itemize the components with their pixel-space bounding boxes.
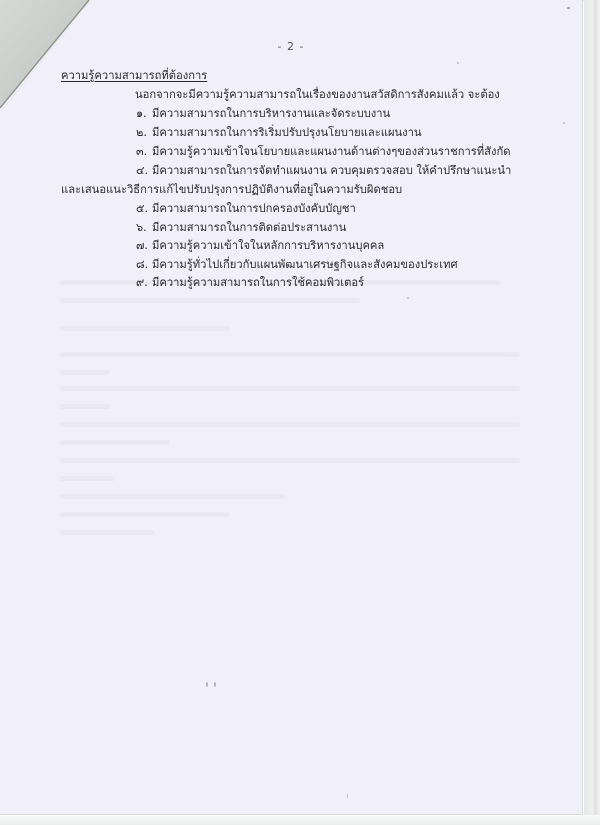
scan-speck (206, 682, 208, 687)
list-item: ๖.มีความสามารถในการติดต่อประสานงาน (136, 218, 458, 237)
folded-page-corner (0, 0, 100, 120)
bleed-line (60, 386, 520, 391)
scan-speck (567, 7, 570, 9)
bleed-line (60, 512, 230, 517)
item-text: มีความสามารถในการบริหารงานและจัดระบบงาน (152, 107, 390, 120)
scanner-edge-strip-bottom (0, 815, 600, 825)
bleed-line (60, 298, 360, 303)
scan-speck (347, 793, 348, 799)
bleed-line (60, 440, 170, 445)
list-item: ๙.มีความรู้ความสามารถในการใช้คอมพิวเตอร์ (136, 273, 458, 292)
item-number: ๑. (136, 104, 152, 123)
item-text: มีความสามารถในการติดต่อประสานงาน (152, 221, 346, 234)
list-item: ๕.มีความสามารถในการปกครองบังคับบัญชา (136, 199, 458, 218)
item-number: ๕. (136, 199, 152, 218)
bleed-line (60, 370, 110, 375)
item-number: ๔. (136, 161, 152, 180)
item-text: มีความรู้ทั่วไปเกี่ยวกับแผนพัฒนาเศรษฐกิจ… (152, 258, 458, 271)
reverse-side-bleed-through (60, 280, 530, 560)
item-text: มีความรู้ความสามารถในการใช้คอมพิวเตอร์ (152, 276, 364, 289)
item-number: ๒. (136, 123, 152, 142)
item-number: ๙. (136, 273, 152, 292)
item-text: มีความสามารถในการจัดทำแผนงาน ควบคุมตรวจส… (152, 164, 511, 177)
requirements-list-part-2: ๕.มีความสามารถในการปกครองบังคับบัญชา ๖.ม… (136, 199, 458, 292)
bleed-line (60, 352, 520, 357)
item-number: ๓. (136, 142, 152, 161)
scanner-edge-strip (583, 0, 600, 825)
bleed-line (60, 530, 155, 535)
list-item: ๓.มีความรู้ความเข้าใจนโยบายและแผนงานด้าน… (136, 142, 511, 161)
scanned-page: - 2 - ความรู้ความสามารถที่ต้องการ นอกจาก… (0, 0, 583, 815)
list-item: ๗.มีความรู้ความเข้าใจในหลักการบริหารงานบ… (136, 236, 458, 255)
scan-speck (407, 297, 409, 299)
item-number: ๘. (136, 255, 152, 274)
list-item: ๘.มีความรู้ทั่วไปเกี่ยวกับแผนพัฒนาเศรษฐก… (136, 255, 458, 274)
item-4-continuation: และเสนอแนะวิธีการแก้ไขปรับปรุงการปฏิบัติ… (61, 180, 402, 199)
scan-speck (214, 682, 216, 687)
bleed-line (60, 458, 520, 463)
item-text: มีความสามารถในการริเริ่มปรับปรุงนโยบายแล… (152, 126, 422, 139)
bleed-line (60, 422, 520, 427)
list-item: ๔.มีความสามารถในการจัดทำแผนงาน ควบคุมตรว… (136, 161, 511, 180)
bleed-line (60, 476, 115, 481)
item-number: ๗. (136, 236, 152, 255)
requirements-list-part-1: ๑.มีความสามารถในการบริหารงานและจัดระบบงา… (136, 104, 511, 180)
list-item: ๑.มีความสามารถในการบริหารงานและจัดระบบงา… (136, 104, 511, 123)
item-text: มีความสามารถในการปกครองบังคับบัญชา (152, 202, 356, 215)
bleed-line (60, 494, 285, 499)
item-text: มีความรู้ความเข้าใจในหลักการบริหารงานบุค… (152, 239, 384, 252)
scan-speck (563, 122, 565, 124)
list-item: ๒.มีความสามารถในการริเริ่มปรับปรุงนโยบาย… (136, 123, 511, 142)
bleed-line (60, 326, 230, 331)
bleed-line (60, 404, 110, 409)
scan-speck (457, 62, 459, 64)
intro-paragraph: นอกจากจะมีความรู้ความสามารถในเรื่องของงา… (135, 85, 500, 104)
item-text: มีความรู้ความเข้าใจนโยบายและแผนงานด้านต่… (152, 145, 511, 158)
item-number: ๖. (136, 218, 152, 237)
